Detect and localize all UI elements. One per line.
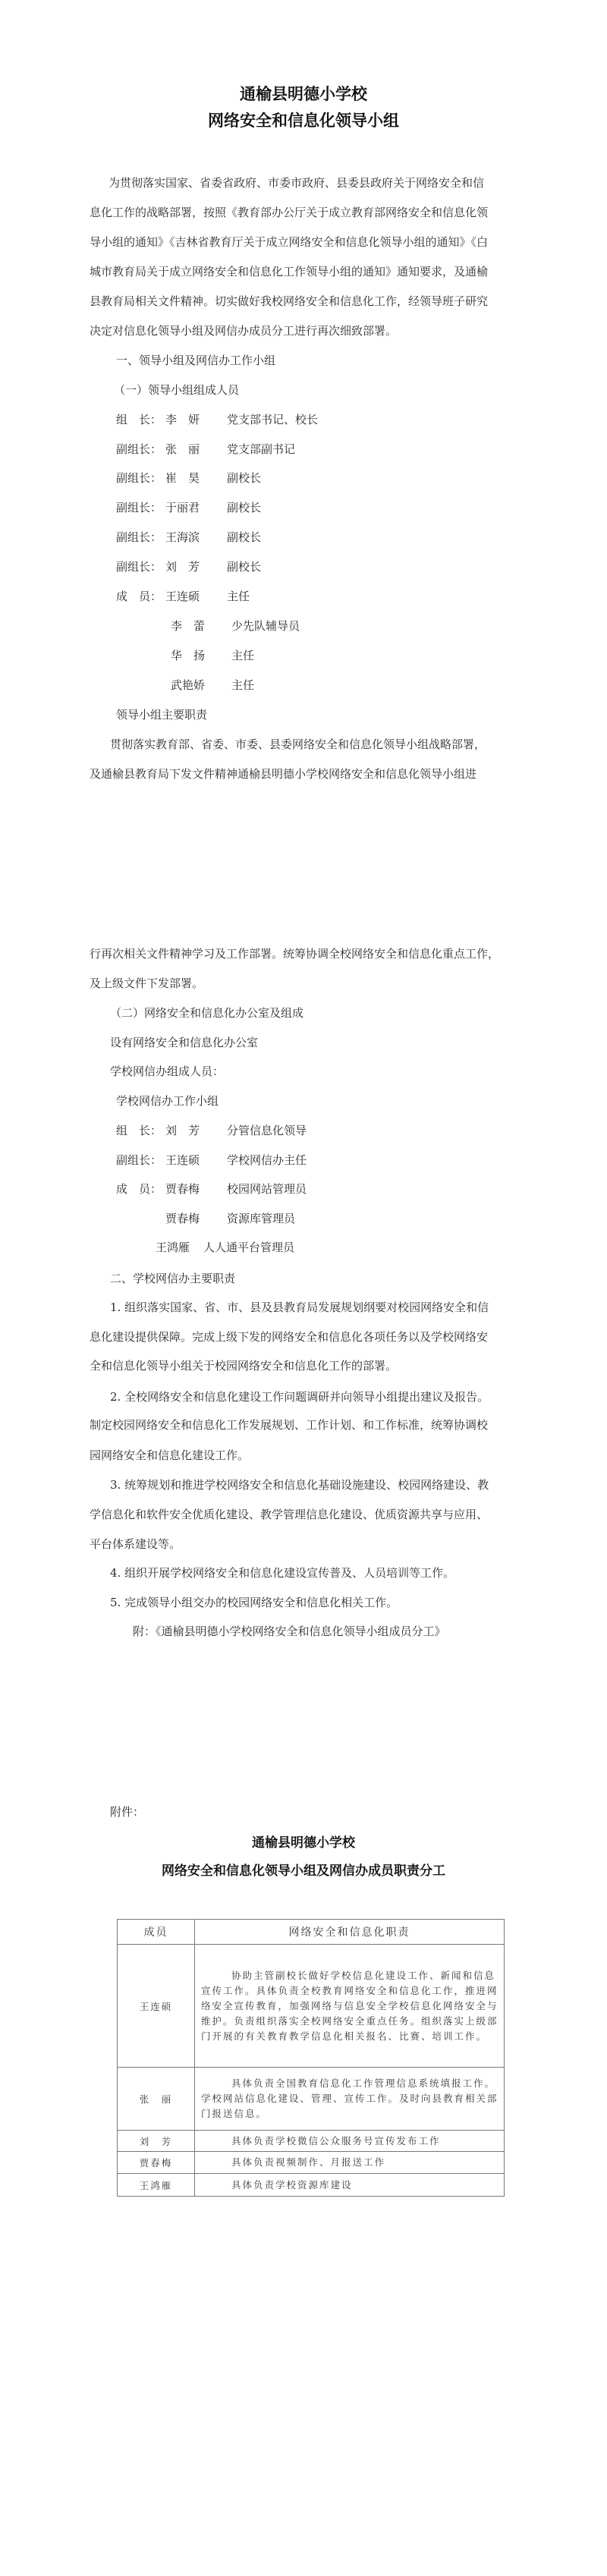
roster-role: 成 员：: [116, 1181, 162, 1197]
roster-name: 华 扬: [171, 648, 205, 663]
roster-role: 副组长：: [116, 470, 162, 486]
roster-title: 资源库管理员: [227, 1211, 295, 1226]
office-group-heading: 学校网信办工作小组: [116, 1093, 219, 1109]
roster-title: 主任: [231, 678, 254, 693]
duties-line: 及上级文件下发部署。: [90, 976, 203, 991]
roster-title: 副校长: [227, 530, 261, 545]
intro-line: 城市教育局关于成立网络安全和信息化工作领导小组的通知》通知要求，及通榆: [90, 264, 488, 279]
roster-name: 武艳娇: [171, 678, 205, 693]
document-title-school: 通榆县明德小学校: [0, 82, 607, 105]
roster-title: 主任: [227, 589, 250, 604]
duty-line: 5. 完成领导小组交办的校园网络安全和信息化相关工作。: [110, 1595, 398, 1610]
roster-name: 于丽君: [165, 500, 200, 515]
duty-line: 学信息化和软件安全优质化建设、教学管理信息化建设、优质资源共享与应用、: [90, 1507, 488, 1522]
roster-name: 贾春梅: [165, 1181, 200, 1197]
roster-name: 王连硕: [165, 1153, 200, 1168]
attachment-label: 附件：: [110, 1804, 144, 1820]
roster-role: 副组长：: [116, 442, 162, 457]
section-heading: 二、学校网信办主要职责: [110, 1271, 235, 1286]
member-cell: 刘 芳: [118, 2131, 195, 2152]
subsection-heading: （一）领导小组组成人员: [114, 382, 239, 398]
intro-line: 导小组的通知》《吉林省教育厅关于成立网络安全和信息化领导小组的通知》《白: [90, 234, 488, 250]
roster-title: 党支部副书记: [227, 442, 295, 457]
roster-role: 组 长：: [116, 1123, 162, 1138]
duty-cell: 具体负责学校微信公众服务号宣传发布工作: [195, 2131, 505, 2152]
attachment-title-school: 通榆县明德小学校: [0, 1832, 607, 1851]
table-row: 刘 芳 具体负责学校微信公众服务号宣传发布工作: [118, 2131, 505, 2152]
member-cell: 王连硕: [118, 1945, 195, 2068]
intro-line: 县教育局相关文件精神。切实做好我校网络安全和信息化工作，经领导班子研究: [90, 294, 488, 309]
duty-line: 全和信息化领导小组关于校园网络安全和信息化工作的部署。: [90, 1358, 397, 1373]
duty-text: 具体负责学校资源库建设: [231, 2179, 353, 2191]
roster-role: 副组长：: [116, 530, 162, 545]
duty-line: 2. 全校网络安全和信息化建设工作问题调研并向领导小组提出建议及报告。: [110, 1389, 489, 1404]
roster-name: 李 妍: [165, 412, 200, 427]
column-header-member: 成员: [118, 1920, 195, 1945]
duty-line: 4. 组织开展学校网络安全和信息化建设宣传普及、人员培训等工作。: [110, 1565, 454, 1581]
section-heading: 一、领导小组及网信办工作小组: [116, 353, 275, 368]
duties-line: 贯彻落实教育部、省委、市委、县委网络安全和信息化领导小组战略部署，: [110, 737, 486, 752]
roster-name: 王鸿雁: [156, 1240, 190, 1255]
subsection-heading: （二）网络安全和信息化办公室及组成: [110, 1005, 303, 1021]
duty-line: 平台体系建设等。: [90, 1536, 181, 1552]
roster-title: 分管信息化领导: [227, 1123, 307, 1138]
duty-line: 园网络安全和信息化建设工作。: [90, 1448, 249, 1463]
column-header-duty: 网络安全和信息化职责: [195, 1920, 505, 1945]
duty-cell: 具体负责学校资源库建设: [195, 2174, 505, 2197]
roster-title: 主任: [231, 648, 254, 663]
roster-role: 成 员：: [116, 589, 162, 604]
roster-name: 王连硕: [165, 589, 200, 604]
roster-title: 人人通平台管理员: [203, 1240, 294, 1255]
member-cell: 贾春梅: [118, 2152, 195, 2174]
duty-text: 协助主管副校长做好学校信息化建设工作、新闻和信息宣传工作。具体负责全校教育网络安…: [201, 1970, 498, 2042]
duties-line: 行再次相关文件精神学习及工作部署。统筹协调全校网络安全和信息化重点工作，: [90, 946, 499, 961]
intro-line: 决定对信息化领导小组及网信办成员分工进行再次细致部署。: [90, 323, 397, 338]
office-setup: 设有网络安全和信息化办公室: [110, 1035, 258, 1050]
duty-line: 制定校园网络安全和信息化工作发展规划、工作计划、和工作标准，统筹协调校: [90, 1417, 488, 1433]
duties-table: 成员 网络安全和信息化职责 王连硕 协助主管副校长做好学校信息化建设工作、新闻和…: [117, 1919, 505, 2197]
roster-name: 张 丽: [165, 442, 200, 457]
duties-heading: 领导小组主要职责: [116, 707, 207, 722]
duty-cell: 协助主管副校长做好学校信息化建设工作、新闻和信息宣传工作。具体负责全校教育网络安…: [195, 1945, 505, 2068]
roster-name: 李 蕾: [171, 618, 205, 634]
attachment-title-duties: 网络安全和信息化领导小组及网信办成员职责分工: [0, 1860, 607, 1879]
table-header-row: 成员 网络安全和信息化职责: [118, 1920, 505, 1945]
roster-role: 副组长：: [116, 500, 162, 515]
roster-role: 组 长：: [116, 412, 162, 427]
appendix-note: 附：《通榆县明德小学校网络安全和信息化领导小组成员分工》: [133, 1624, 446, 1639]
duty-text: 具体负责视频制作、月报送工作: [231, 2156, 385, 2168]
roster-name: 王海滨: [165, 530, 200, 545]
roster-name: 崔 昊: [165, 470, 200, 486]
member-cell: 张 丽: [118, 2068, 195, 2131]
roster-title: 校园网站管理员: [227, 1181, 307, 1197]
duty-line: 息化建设提供保障。完成上级下发的网络安全和信息化各项任务以及学校网络安: [90, 1329, 488, 1345]
roster-title: 副校长: [227, 470, 261, 486]
duties-line: 及通榆县教育局下发文件精神通榆县明德小学校网络安全和信息化领导小组进: [90, 766, 476, 782]
intro-line: 息化工作的战略部署，按照《教育部办公厅关于成立教育部网络安全和信息化领: [90, 205, 488, 220]
member-cell: 王鸿雁: [118, 2174, 195, 2197]
table-row: 王连硕 协助主管副校长做好学校信息化建设工作、新闻和信息宣传工作。具体负责全校教…: [118, 1945, 505, 2068]
intro-line: 为贯彻落实国家、省委省政府、市委市政府、县委县政府关于网络安全和信: [109, 175, 484, 190]
duty-cell: 具体负责全国教育信息化工作管理信息系统填报工作。学校网站信息化建设、管理、宣传工…: [195, 2068, 505, 2131]
roster-name: 刘 芳: [165, 1123, 200, 1138]
roster-name: 贾春梅: [165, 1211, 200, 1226]
roster-title: 党支部书记、校长: [227, 412, 318, 427]
roster-title: 少先队辅导员: [231, 618, 300, 634]
roster-role: 副组长：: [116, 559, 162, 574]
document-title-group: 网络安全和信息化领导小组: [0, 109, 607, 131]
roster-title: 副校长: [227, 500, 261, 515]
table-row: 贾春梅 具体负责视频制作、月报送工作: [118, 2152, 505, 2174]
duty-text: 具体负责全国教育信息化工作管理信息系统填报工作。学校网站信息化建设、管理、宣传工…: [201, 2077, 498, 2119]
duty-text: 具体负责学校微信公众服务号宣传发布工作: [231, 2135, 441, 2147]
office-members-label: 学校网信办组成人员：: [110, 1064, 224, 1079]
table-row: 张 丽 具体负责全国教育信息化工作管理信息系统填报工作。学校网站信息化建设、管理…: [118, 2068, 505, 2131]
duty-line: 1. 组织落实国家、省、市、县及县教育局发展规划纲要对校园网络安全和信: [110, 1300, 489, 1315]
roster-role: 副组长：: [116, 1153, 162, 1168]
roster-title: 学校网信办主任: [227, 1153, 307, 1168]
duty-cell: 具体负责视频制作、月报送工作: [195, 2152, 505, 2174]
duty-line: 3. 统筹规划和推进学校网络安全和信息化基础设施建设、校园网络建设、教: [110, 1477, 489, 1492]
roster-name: 刘 芳: [165, 559, 200, 574]
table-row: 王鸿雁 具体负责学校资源库建设: [118, 2174, 505, 2197]
roster-title: 副校长: [227, 559, 261, 574]
